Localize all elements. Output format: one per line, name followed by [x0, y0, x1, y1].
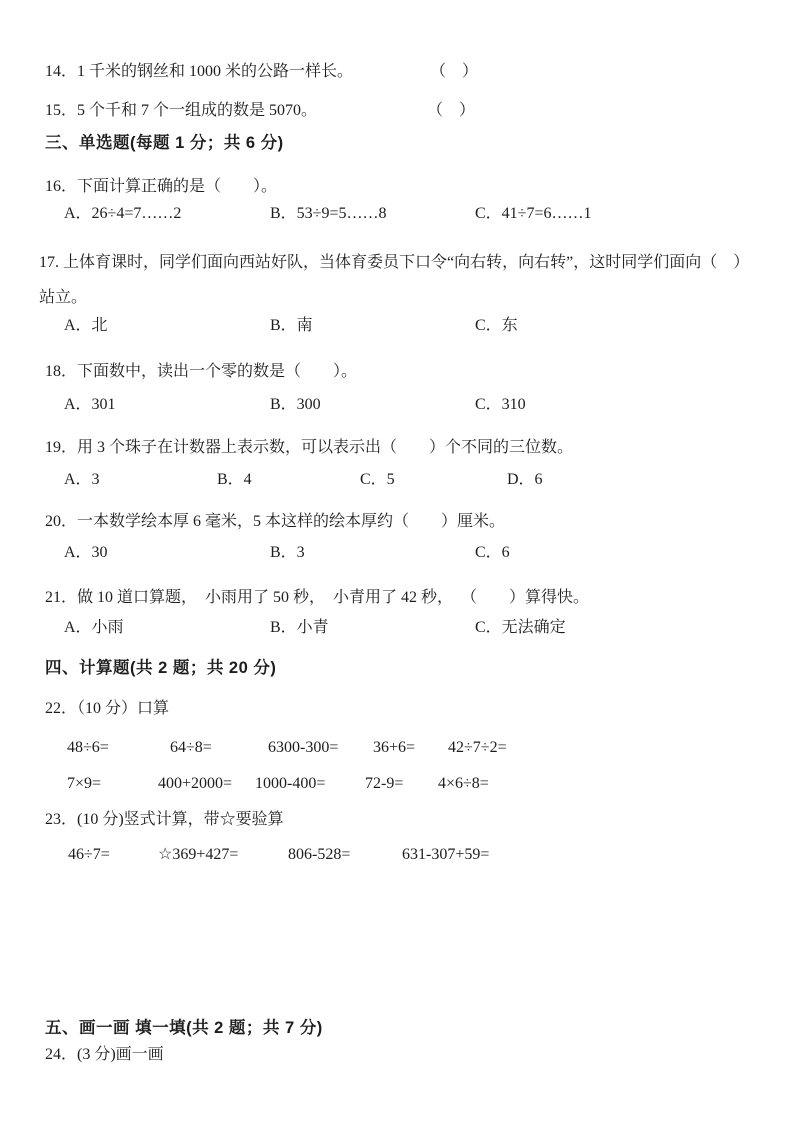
section-5-title: 五、画一画 填一填(共 2 题；共 7 分) [45, 1018, 323, 1038]
q22-expression: 7×9= [67, 774, 101, 794]
question-19-option-c: C．5 [360, 470, 395, 490]
question-16-option-c: C．41÷7=6……1 [475, 204, 591, 224]
question-17-stem-line2: 站立。 [39, 288, 87, 308]
question-21-stem: 21．做 10 道口算题， 小雨用了 50 秒， 小青用了 42 秒， （ ）算… [45, 588, 589, 608]
question-16-option-a: A．26÷4=7……2 [64, 204, 181, 224]
question-21-option-b: B．小青 [270, 618, 329, 638]
question-19-option-b: B．4 [217, 470, 252, 490]
question-15-answer-blank: （ ） [427, 101, 475, 121]
question-19-option-a: A．3 [64, 470, 100, 490]
question-20-stem: 20．一本数学绘本厚 6 毫米，5 本这样的绘本厚约（ ）厘米。 [45, 512, 505, 532]
question-19-option-d: D．6 [507, 470, 543, 490]
question-16-option-b: B．53÷9=5……8 [270, 204, 386, 224]
question-17-option-a: A．北 [64, 316, 108, 336]
q22-expression: 64÷8= [170, 738, 212, 758]
question-15-text: 15．5 个千和 7 个一组成的数是 5070。 [45, 101, 317, 121]
section-4-title: 四、计算题(共 2 题；共 20 分) [45, 658, 276, 678]
q22-expression: 36+6= [373, 738, 415, 758]
question-20-option-a: A．30 [64, 543, 108, 563]
question-22-header: 22．（10 分）口算 [45, 699, 169, 719]
q22-expression: 400+2000= [158, 774, 232, 794]
q23-expression: 806-528= [288, 845, 350, 865]
question-18-option-a: A．301 [64, 395, 116, 415]
q23-expression: 631-307+59= [402, 845, 489, 865]
question-19-stem: 19．用 3 个珠子在计数器上表示数，可以表示出（ ）个不同的三位数。 [45, 438, 573, 458]
q23-expression-star: ☆369+427= [158, 845, 238, 865]
question-24-header: 24．(3 分)画一画 [45, 1045, 164, 1065]
question-17-stem: 17. 上体育课时，同学们面向西站好队，当体育委员下口令“向右转，向右转”，这时… [39, 253, 749, 273]
q22-expression: 1000-400= [255, 774, 325, 794]
question-21-option-a: A．小雨 [64, 618, 124, 638]
q22-expression: 42÷7÷2= [448, 738, 507, 758]
question-20-option-b: B．3 [270, 543, 305, 563]
question-18-option-c: C．310 [475, 395, 526, 415]
question-17-option-b: B．南 [270, 316, 313, 336]
question-17-option-c: C．东 [475, 316, 518, 336]
q22-expression: 72-9= [365, 774, 403, 794]
question-18-option-b: B．300 [270, 395, 321, 415]
question-23-header: 23．(10 分)竖式计算，带☆要验算 [45, 810, 284, 830]
q22-expression: 48÷6= [67, 738, 109, 758]
question-20-option-c: C．6 [475, 543, 510, 563]
question-16-stem: 16．下面计算正确的是（ ）。 [45, 177, 277, 197]
question-18-stem: 18．下面数中，读出一个零的数是（ ）。 [45, 362, 357, 382]
question-14-answer-blank: （ ） [430, 62, 478, 82]
section-3-title: 三、单选题(每题 1 分；共 6 分) [45, 133, 284, 153]
question-21-option-c: C．无法确定 [475, 618, 566, 638]
exam-paper-page: 14．1 千米的钢丝和 1000 米的公路一样长。 （ ） 15．5 个千和 7… [0, 0, 793, 1122]
q22-expression: 4×6÷8= [438, 774, 489, 794]
q23-expression: 46÷7= [68, 845, 110, 865]
question-14-text: 14．1 千米的钢丝和 1000 米的公路一样长。 [45, 62, 353, 82]
q22-expression: 6300-300= [268, 738, 338, 758]
